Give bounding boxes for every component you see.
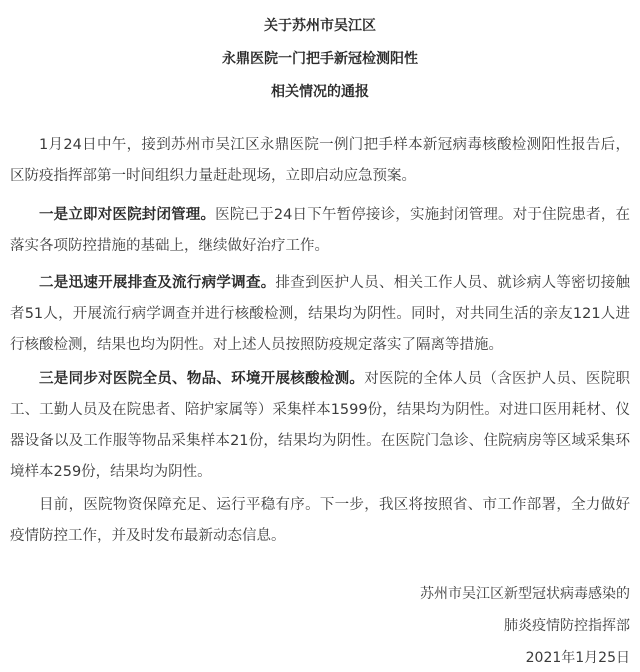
paragraph-measure-1-lead: 一是立即对医院封闭管理。: [39, 207, 215, 223]
paragraph-measure-1: 一是立即对医院封闭管理。医院已于24日下午暂停接诊，实施封闭管理。对于住院患者，…: [10, 200, 630, 262]
paragraph-conclusion-text: 目前，医院物资保障充足、运行平稳有序。下一步，我区将按照省、市工作部署，全力做好…: [10, 497, 630, 544]
signature-date: 2021年1月25日: [526, 648, 630, 668]
title-line-3: 相关情况的通报: [0, 82, 640, 102]
paragraph-conclusion: 目前，医院物资保障充足、运行平稳有序。下一步，我区将按照省、市工作部署，全力做好…: [10, 490, 630, 552]
signature-org-line-1: 苏州市吴江区新型冠状病毒感染的: [420, 584, 630, 604]
paragraph-measure-2-lead: 二是迅速开展排查及流行病学调查。: [39, 275, 276, 291]
title-line-1: 关于苏州市吴江区: [0, 16, 640, 36]
paragraph-intro: 1月24日中午，接到苏州市吴江区永鼎医院一例门把手样本新冠病毒核酸检测阳性报告后…: [10, 130, 630, 192]
title-line-2: 永鼎医院一门把手新冠检测阳性: [0, 49, 640, 69]
signature-org-line-2: 肺炎疫情防控指挥部: [504, 616, 630, 636]
paragraph-measure-2: 二是迅速开展排查及流行病学调查。排查到医护人员、相关工作人员、就诊病人等密切接触…: [10, 268, 630, 361]
paragraph-measure-3-lead: 三是同步对医院全员、物品、环境开展核酸检测。: [39, 371, 364, 387]
announcement-document: 关于苏州市吴江区 永鼎医院一门把手新冠检测阳性 相关情况的通报 1月24日中午，…: [0, 0, 640, 672]
paragraph-intro-text: 1月24日中午，接到苏州市吴江区永鼎医院一例门把手样本新冠病毒核酸检测阳性报告后…: [10, 137, 630, 184]
paragraph-measure-3: 三是同步对医院全员、物品、环境开展核酸检测。对医院的全体人员（含医护人员、医院职…: [10, 364, 630, 488]
paragraph-measure-3-text: 对医院的全体人员（含医护人员、医院职工、工勤人员及在院患者、陪护家属等）采集样本…: [10, 371, 630, 480]
